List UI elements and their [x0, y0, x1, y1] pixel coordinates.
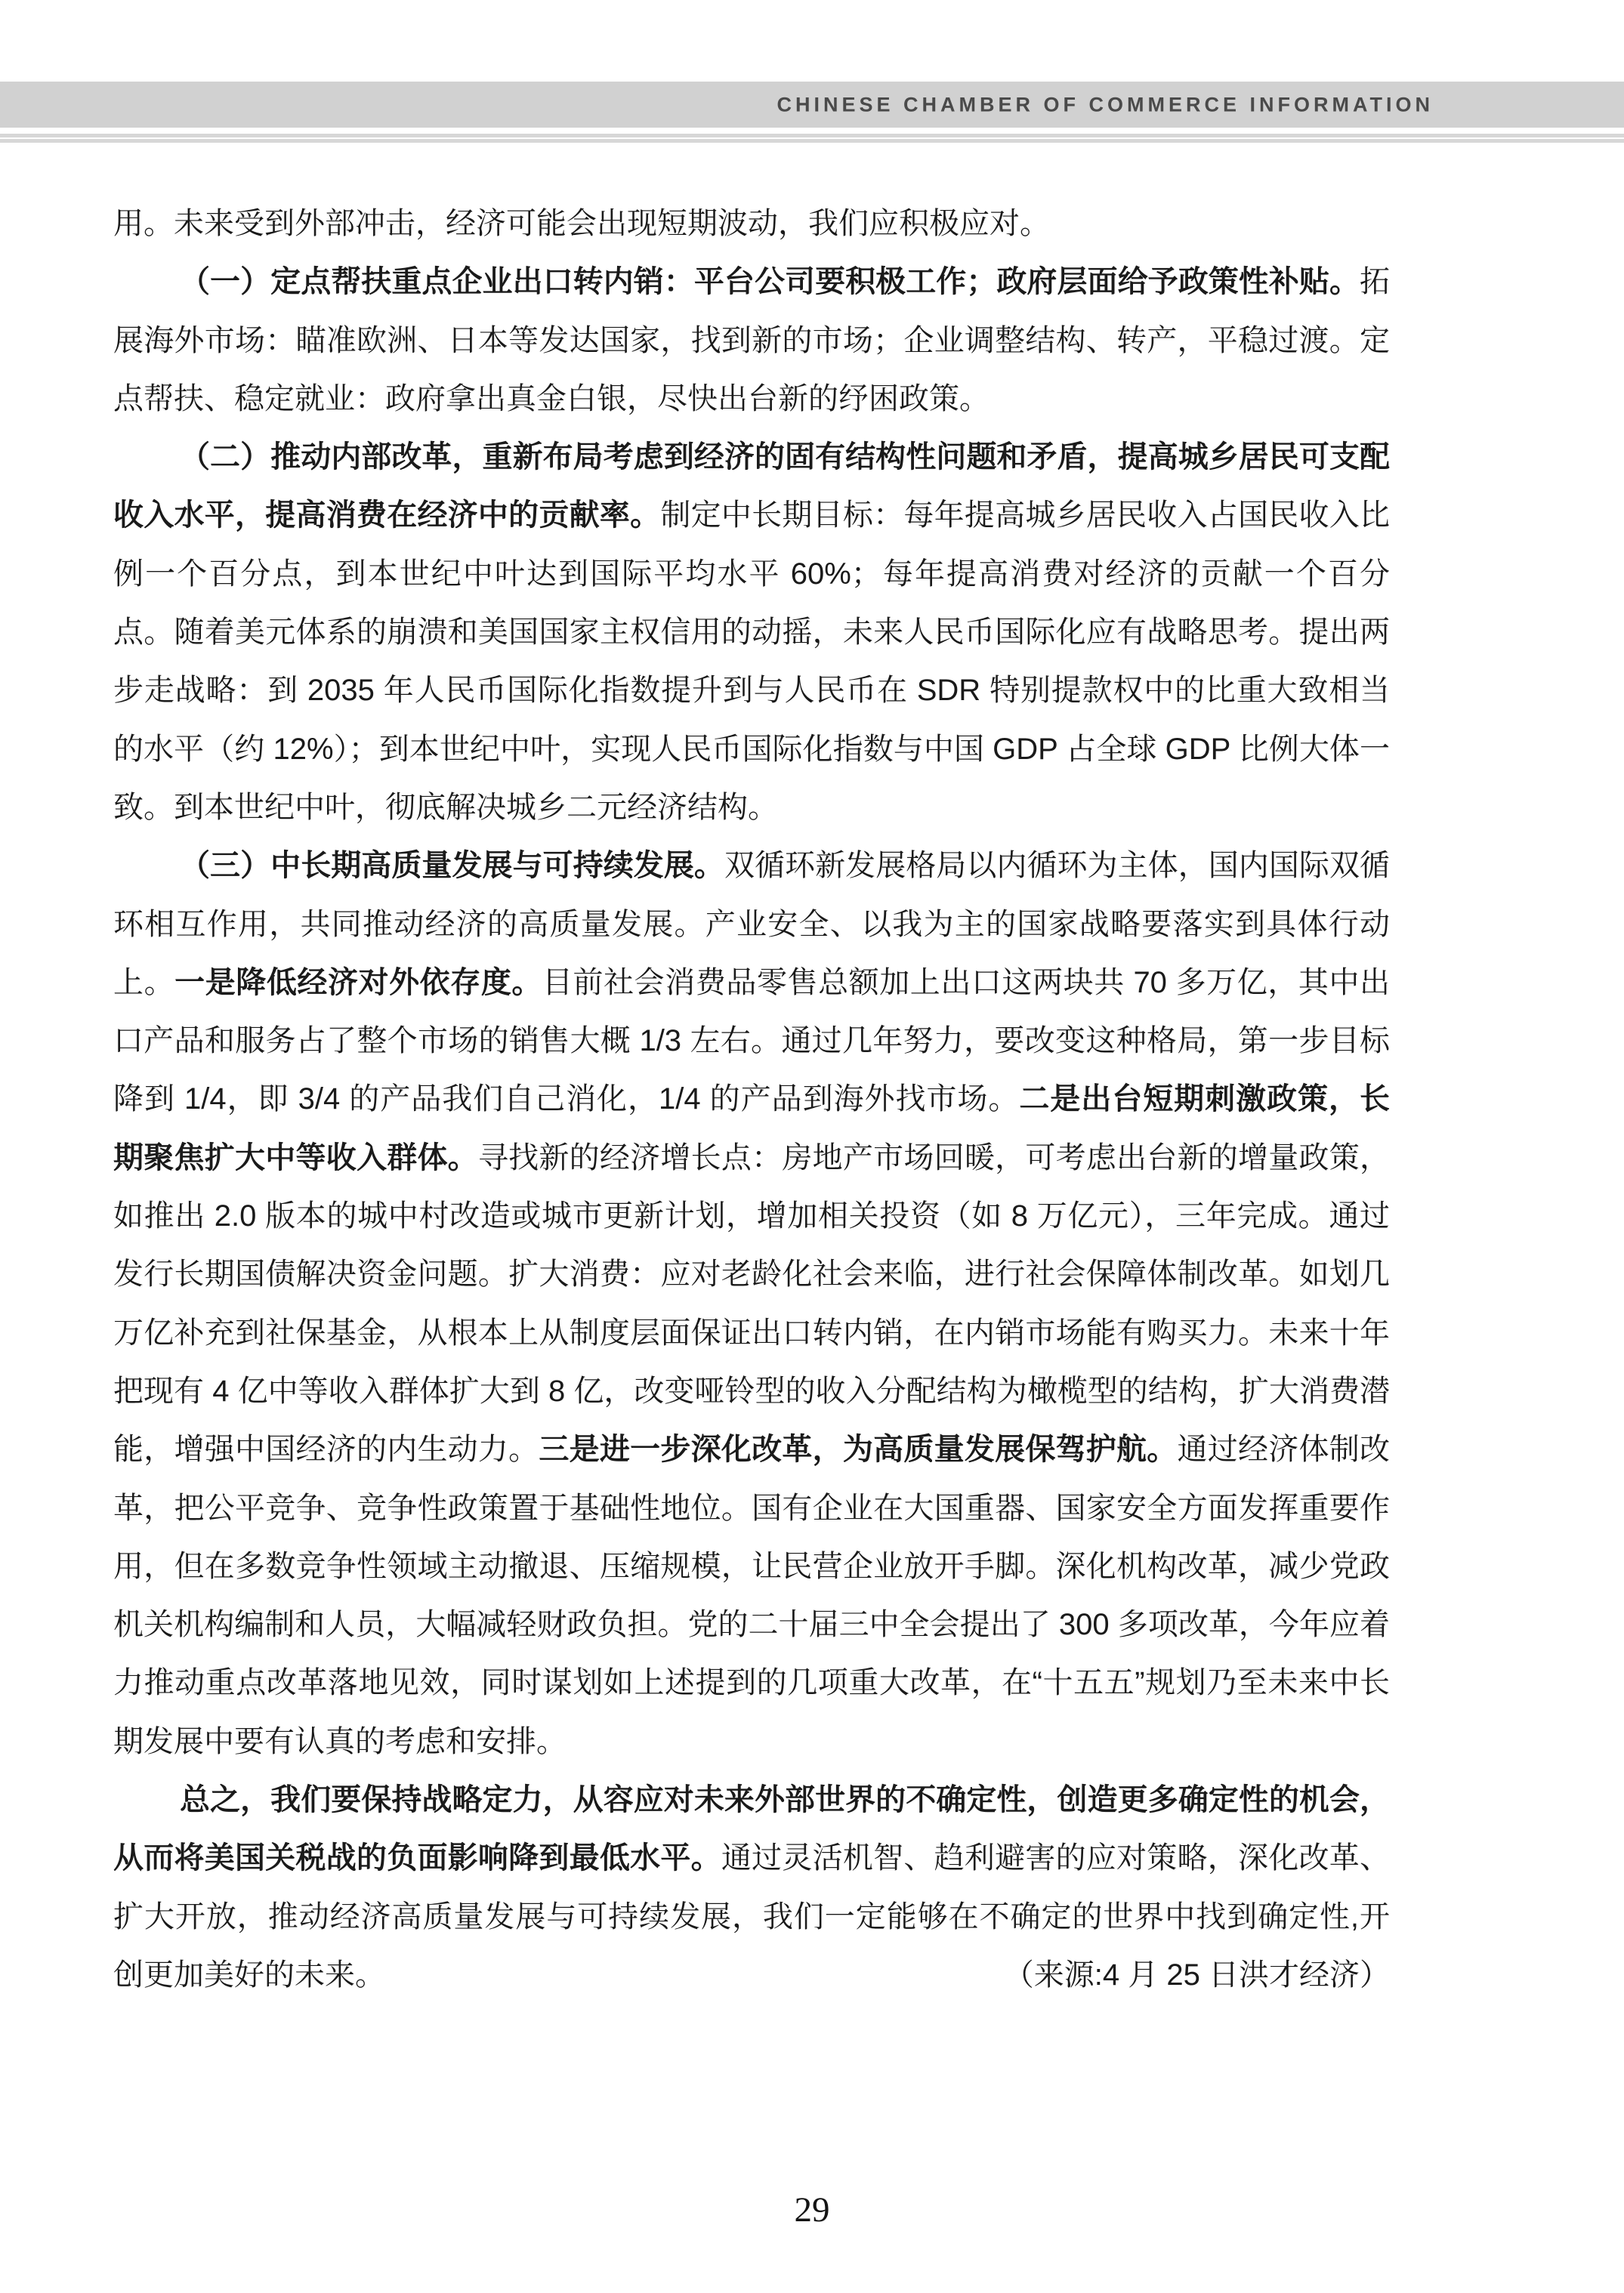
text-run: 用。未来受到外部冲击，经济可能会出现短期波动，我们应积极应对。 — [113, 207, 1050, 240]
paragraph: （一）定点帮扶重点企业出口转内销：平台公司要积极工作；政府层面给予政策性补贴。拓… — [113, 253, 1390, 428]
page-number: 29 — [0, 2190, 1624, 2230]
paragraph: （三）中长期高质量发展与可持续发展。双循环新发展格局以内循环为主体，国内国际双循… — [113, 837, 1390, 1771]
paragraph: （二）推动内部改革，重新布局考虑到经济的固有结构性问题和矛盾，提高城乡居民可支配… — [113, 428, 1390, 837]
paragraph: 总之，我们要保持战略定力，从容应对未来外部世界的不确定性，创造更多确定性的机会，… — [113, 1771, 1390, 2004]
header-banner: CHINESE CHAMBER OF COMMERCE INFORMATION — [0, 82, 1624, 128]
document-page: CHINESE CHAMBER OF COMMERCE INFORMATION … — [0, 0, 1624, 2293]
text-run: 一是降低经济对外依存度。 — [174, 966, 542, 999]
header-stripe — [0, 134, 1624, 143]
paragraph: 用。未来受到外部冲击，经济可能会出现短期波动，我们应积极应对。 — [113, 195, 1390, 253]
source-reference: （来源:4 月 25 日洪才经济） — [937, 1946, 1390, 2004]
text-run: 寻找新的经济增长点：房地产市场回暖，可考虑出台新的增量政策，如推出 2.0 版本… — [113, 1141, 1390, 1466]
text-run: （三）中长期高质量发展与可持续发展。 — [180, 849, 724, 882]
text-run: 三是进一步深化改革，为高质量发展保驾护航。 — [539, 1433, 1177, 1466]
text-run: （一）定点帮扶重点企业出口转内销：平台公司要积极工作；政府层面给予政策性补贴。 — [180, 265, 1360, 298]
header-banner-title: CHINESE CHAMBER OF COMMERCE INFORMATION — [777, 93, 1434, 116]
article-body: 用。未来受到外部冲击，经济可能会出现短期波动，我们应积极应对。（一）定点帮扶重点… — [113, 195, 1390, 2004]
text-run: 制定中长期目标：每年提高城乡居民收入占国民收入比例一个百分点，到本世纪中叶达到国… — [113, 498, 1390, 823]
text-run: 通过经济体制改革，把公平竞争、竞争性政策置于基础性地位。国有企业在大国重器、国家… — [113, 1433, 1390, 1758]
